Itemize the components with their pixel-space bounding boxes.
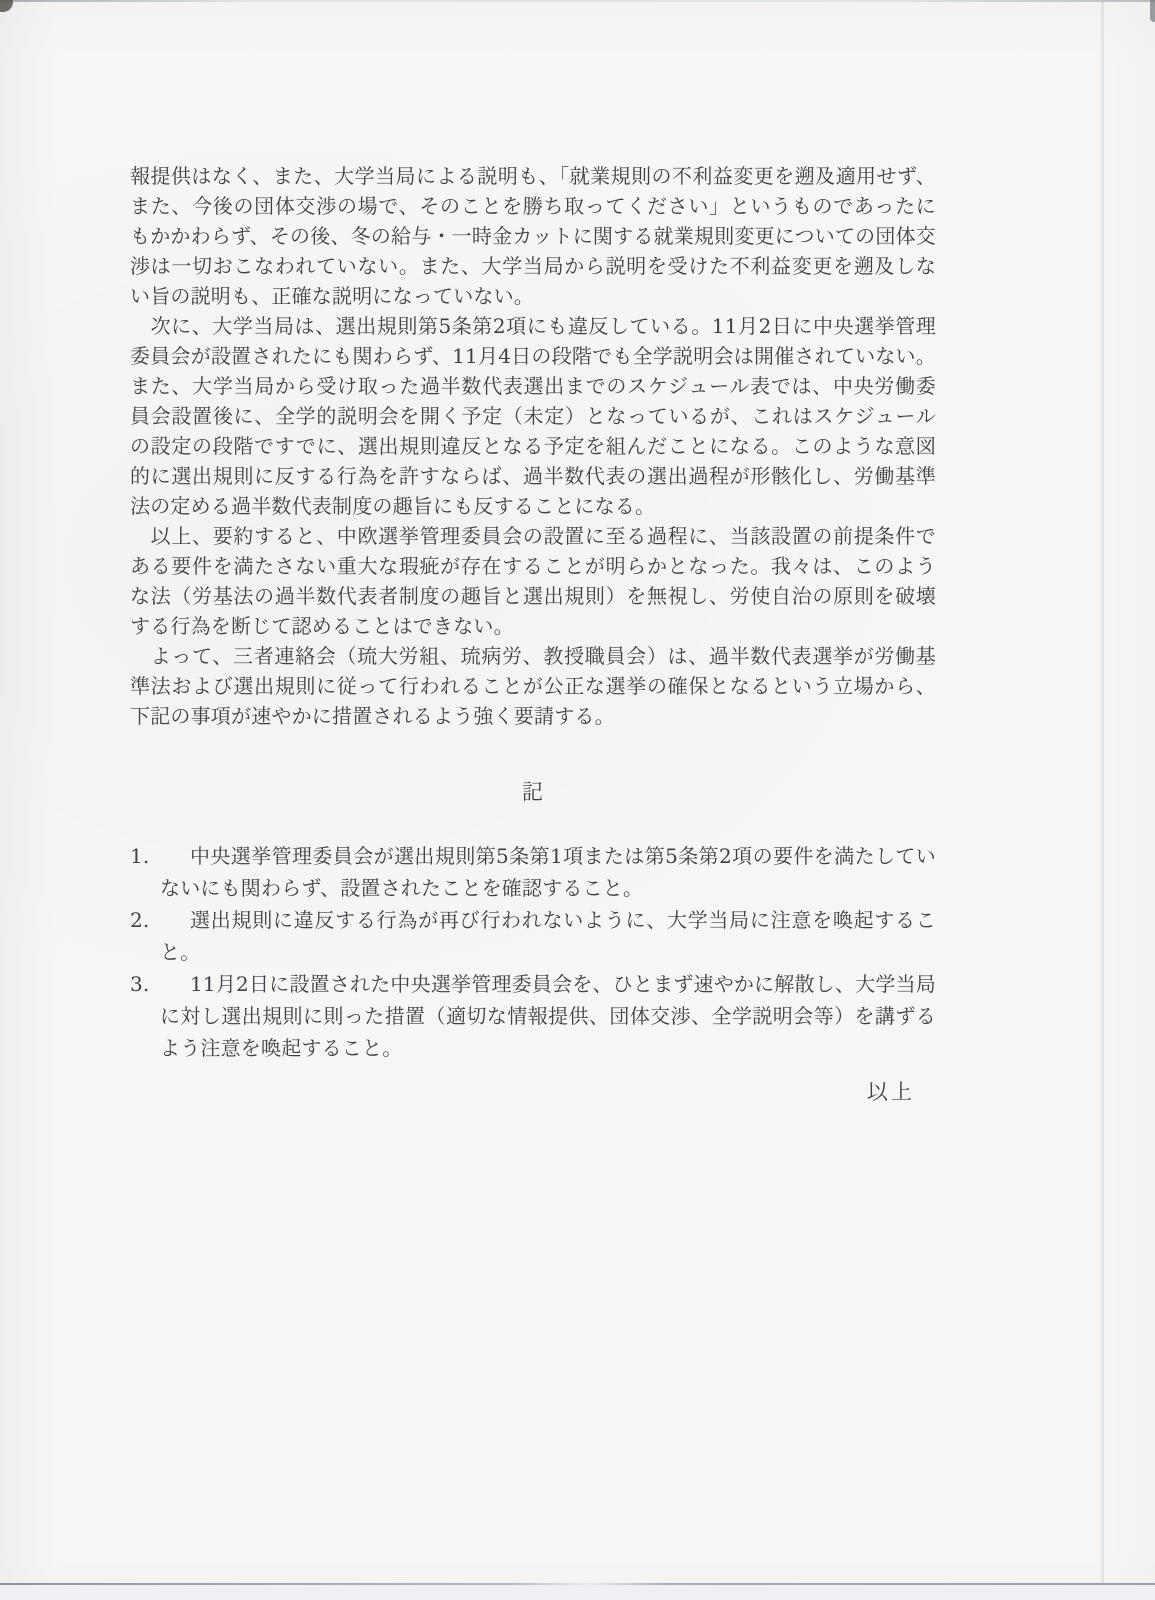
scan-corner-mark-top-left [0, 0, 13, 12]
item-text: 11月2日に設置された中央選挙管理委員会を、ひとまず速やかに解散し、大学当局に対… [160, 972, 936, 1060]
paragraph-1: 報提供はなく、また、大学当局による説明も、「就業規則の不利益変更を遡及適用せず、… [130, 161, 936, 311]
scan-top-edge [0, 0, 1155, 2]
ki-section-heading: 記 [130, 777, 936, 807]
scan-corner-mark-top-right [1150, 0, 1155, 22]
item-number: 2. [130, 904, 149, 936]
list-item-3: 3. 11月2日に設置された中央選挙管理委員会を、ひとまず速やかに解散し、大学当… [130, 968, 936, 1064]
paragraph-3: 以上、要約すると、中欧選挙管理委員会の設置に至る過程に、当該設置の前提条件である… [130, 521, 936, 641]
closing-ijou: 以上 [130, 1076, 936, 1106]
item-text: 選出規則に違反する行為が再び行われないように、大学当局に注意を喚起すること。 [160, 908, 936, 964]
paragraph-4: よって、三者連絡会（琉大労組、琉病労、教授職員会）は、過半数代表選挙が労働基準法… [130, 641, 936, 731]
list-item-1: 1. 中央選挙管理委員会が選出規則第5条第1項または第5条第2項の要件を満たして… [130, 840, 936, 904]
list-item-2: 2. 選出規則に違反する行為が再び行われないように、大学当局に注意を喚起すること… [130, 904, 936, 968]
scanner-background-strip [0, 1585, 1155, 1600]
item-number: 1. [130, 840, 149, 872]
item-number: 3. [130, 968, 149, 1000]
scan-vertical-streak [1101, 0, 1104, 1600]
paragraph-2: 次に、大学当局は、選出規則第5条第2項にも違反している。11月2日に中央選挙管理… [130, 311, 936, 521]
requests-list: 1. 中央選挙管理委員会が選出規則第5条第1項または第5条第2項の要件を満たして… [130, 840, 936, 1064]
scanned-document-page: 報提供はなく、また、大学当局による説明も、「就業規則の不利益変更を遡及適用せず、… [0, 0, 1155, 1600]
document-body: 報提供はなく、また、大学当局による説明も、「就業規則の不利益変更を遡及適用せず、… [130, 161, 936, 1106]
item-text: 中央選挙管理委員会が選出規則第5条第1項または第5条第2項の要件を満たしていない… [160, 844, 936, 900]
